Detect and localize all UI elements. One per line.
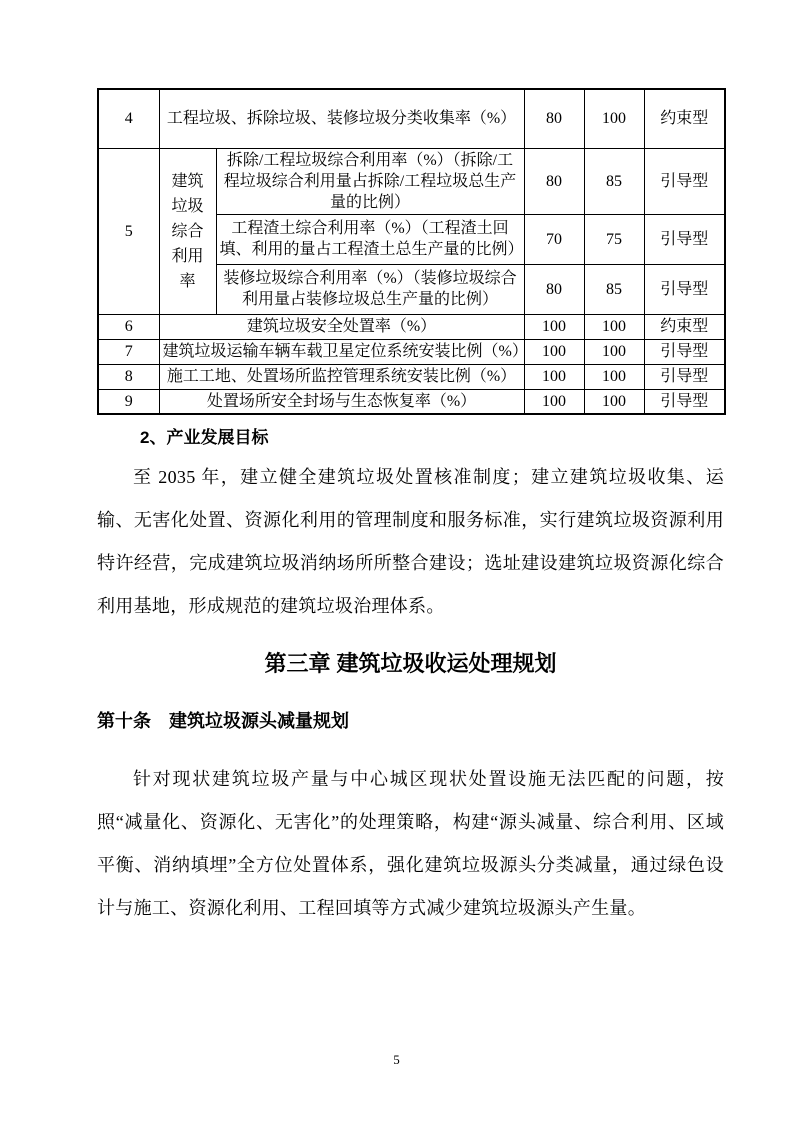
table-row: 4 工程垃圾、拆除垃圾、装修垃圾分类收集率（%） 80 100 约束型 [98, 89, 725, 148]
indicator-cell: 施工工地、处置场所监控管理系统安装比例（%） [159, 364, 524, 389]
value-2025-cell: 80 [524, 264, 584, 314]
indicator-cell: 拆除/工程垃圾综合利用率（%）（拆除/工程垃圾综合利用量占拆除/工程垃圾总生产量… [216, 148, 524, 214]
indicator-type-cell: 引导型 [644, 364, 725, 389]
value-2025-cell: 100 [524, 339, 584, 364]
value-2035-cell: 75 [584, 214, 644, 264]
table-row: 8 施工工地、处置场所监控管理系统安装比例（%） 100 100 引导型 [98, 364, 725, 389]
article-heading: 第十条 建筑垃圾源头减量规划 [97, 708, 724, 734]
row-number-cell: 8 [98, 364, 159, 389]
row-number-cell: 7 [98, 339, 159, 364]
indicator-type-cell: 约束型 [644, 314, 725, 339]
table-row: 5 建筑垃圾综合利用率 拆除/工程垃圾综合利用率（%）（拆除/工程垃圾综合利用量… [98, 148, 725, 214]
value-2025-cell: 100 [524, 364, 584, 389]
industry-goal-heading: 2、产业发展目标 [140, 425, 724, 450]
indicator-type-cell: 约束型 [644, 89, 725, 148]
value-2025-cell: 80 [524, 148, 584, 214]
indicator-cell: 建筑垃圾安全处置率（%） [159, 314, 524, 339]
value-2035-cell: 100 [584, 314, 644, 339]
value-2025-cell: 70 [524, 214, 584, 264]
indicators-table: 4 工程垃圾、拆除垃圾、装修垃圾分类收集率（%） 80 100 约束型 5 建筑… [97, 88, 726, 415]
row-number-cell: 6 [98, 314, 159, 339]
value-2035-cell: 85 [584, 148, 644, 214]
indicator-type-cell: 引导型 [644, 339, 725, 364]
indicator-type-cell: 引导型 [644, 389, 725, 414]
value-2025-cell: 100 [524, 389, 584, 414]
indicator-type-cell: 引导型 [644, 264, 725, 314]
table-row: 9 处置场所安全封场与生态恢复率（%） 100 100 引导型 [98, 389, 725, 414]
indicator-cell: 建筑垃圾运输车辆车载卫星定位系统安装比例（%） [159, 339, 524, 364]
indicator-cell: 工程垃圾、拆除垃圾、装修垃圾分类收集率（%） [159, 89, 524, 148]
value-2025-cell: 80 [524, 89, 584, 148]
value-2035-cell: 100 [584, 89, 644, 148]
row-number-cell: 9 [98, 389, 159, 414]
indicator-cell: 处置场所安全封场与生态恢复率（%） [159, 389, 524, 414]
article-paragraph: 针对现状建筑垃圾产量与中心城区现状处置设施无法匹配的问题，按照“减量化、资源化、… [97, 758, 724, 930]
table-row: 7 建筑垃圾运输车辆车载卫星定位系统安装比例（%） 100 100 引导型 [98, 339, 725, 364]
indicator-type-cell: 引导型 [644, 214, 725, 264]
value-2035-cell: 85 [584, 264, 644, 314]
industry-goal-paragraph: 至 2035 年，建立健全建筑垃圾处置核准制度；建立建筑垃圾收集、运输、无害化处… [97, 456, 724, 628]
indicator-group-cell: 建筑垃圾综合利用率 [159, 148, 216, 314]
row-number-cell: 5 [98, 148, 159, 314]
page-number: 5 [0, 1052, 793, 1068]
indicator-cell: 装修垃圾综合利用率（%）（装修垃圾综合利用量占装修垃圾总生产量的比例） [216, 264, 524, 314]
indicator-type-cell: 引导型 [644, 148, 725, 214]
chapter-heading: 第三章 建筑垃圾收运处理规划 [97, 646, 724, 682]
value-2035-cell: 100 [584, 389, 644, 414]
document-page: 4 工程垃圾、拆除垃圾、装修垃圾分类收集率（%） 80 100 约束型 5 建筑… [0, 0, 793, 1122]
indicator-cell: 工程渣土综合利用率（%）（工程渣土回填、利用的量占工程渣土总生产量的比例） [216, 214, 524, 264]
value-2025-cell: 100 [524, 314, 584, 339]
indicator-group-label: 建筑垃圾综合利用率 [172, 169, 204, 294]
table-row: 6 建筑垃圾安全处置率（%） 100 100 约束型 [98, 314, 725, 339]
value-2035-cell: 100 [584, 339, 644, 364]
row-number-cell: 4 [98, 89, 159, 148]
value-2035-cell: 100 [584, 364, 644, 389]
